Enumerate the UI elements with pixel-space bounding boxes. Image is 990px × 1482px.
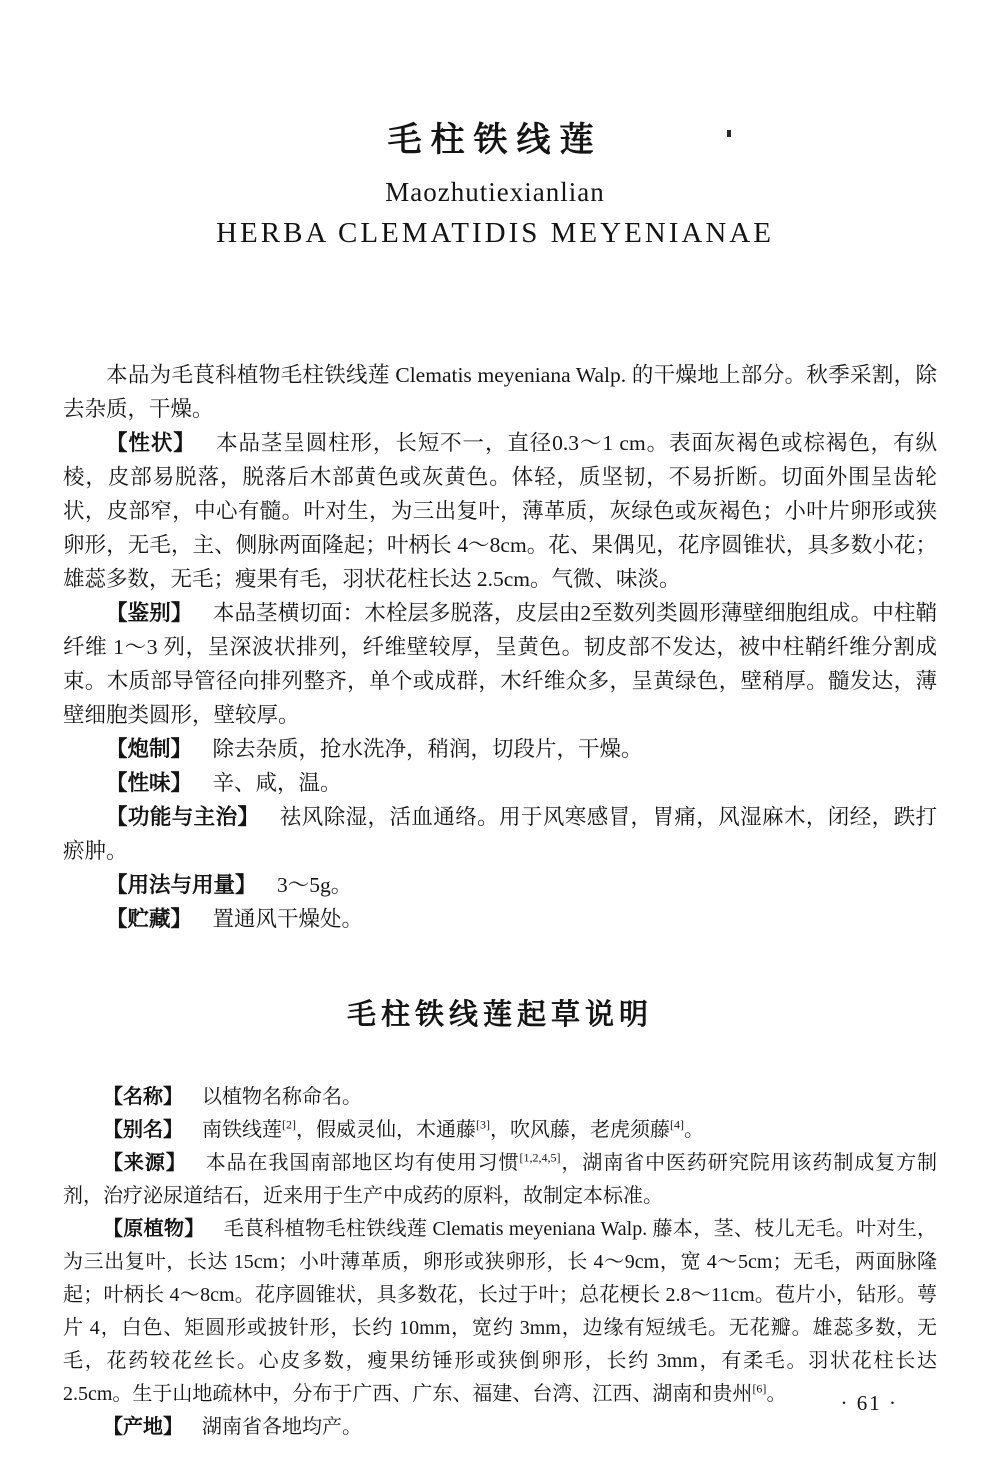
page-content: 本品为毛茛科植物毛柱铁线莲 Clematis meyeniana Walp. 的… [0, 358, 990, 1444]
entry-text: 毛茛科植物毛柱铁线莲 Clematis meyeniana Walp. 藤本，茎… [63, 1218, 937, 1405]
entry-paragraph: 【用法与用量】3～5g。 [63, 868, 937, 902]
entry-paragraph: 【性味】辛、咸，温。 [63, 766, 937, 800]
reference-superscript: [6] [752, 1381, 766, 1395]
page-title-chinese: 毛柱铁线莲 [0, 0, 990, 161]
entry-label: 【功能与主治】 [106, 805, 259, 829]
entry-paragraph: 【别名】南铁线莲[2]，假威灵仙，木通藤[3]，吹风藤，老虎须藤[4]。 [63, 1114, 937, 1147]
entry-label: 【名称】 [103, 1086, 183, 1108]
reference-superscript: [4] [670, 1117, 684, 1131]
drafting-notes-heading: 毛柱铁线莲起草说明 [63, 992, 937, 1033]
page-title-pinyin: Maozhutiexianlian [0, 177, 990, 208]
entry-text: 辛、咸，温。 [212, 771, 341, 795]
entry-text: 3～5g。 [277, 873, 352, 897]
scan-speck [727, 130, 731, 137]
entry-label: 【炮制】 [106, 737, 192, 761]
entry-paragraph: 【性状】本品茎呈圆柱形，长短不一，直径0.3～1 cm。表面灰褐色或棕褐色，有纵… [63, 426, 937, 596]
entry-label: 【贮藏】 [106, 907, 192, 931]
page-number: · 61 · [841, 1391, 899, 1416]
entry-text: 置通风干燥处。 [212, 907, 363, 931]
entry-label: 【原植物】 [103, 1218, 205, 1240]
entry-paragraph: 【产地】湖南省各地均产。 [63, 1411, 937, 1444]
entry-text: 南铁线莲[2]，假威灵仙，木通藤[3]，吹风藤，老虎须藤[4]。 [202, 1119, 704, 1141]
entry-text: 除去杂质，抢水洗净，稍润，切段片，干燥。 [212, 737, 642, 761]
drafting-notes-section: 【名称】以植物名称命名。【别名】南铁线莲[2]，假威灵仙，木通藤[3]，吹风藤，… [63, 1081, 937, 1444]
entry-text: 本品在我国南部地区均有使用习惯[1,2,4,5]，湖南省中医药研究院用该药制成复… [63, 1152, 937, 1207]
reference-superscript: [2] [282, 1117, 296, 1131]
entry-text: 湖南省各地均产。 [202, 1416, 362, 1438]
entry-label: 【性状】 [106, 431, 196, 455]
entry-label: 【来源】 [103, 1152, 187, 1174]
entry-paragraph: 【原植物】毛茛科植物毛柱铁线莲 Clematis meyeniana Walp.… [63, 1213, 937, 1411]
entry-label: 【产地】 [103, 1416, 183, 1438]
entry-paragraph: 本品为毛茛科植物毛柱铁线莲 Clematis meyeniana Walp. 的… [63, 358, 937, 426]
monograph-section: 本品为毛茛科植物毛柱铁线莲 Clematis meyeniana Walp. 的… [63, 358, 937, 936]
entry-label: 【鉴别】 [106, 601, 192, 625]
entry-paragraph: 【来源】本品在我国南部地区均有使用习惯[1,2,4,5]，湖南省中医药研究院用该… [63, 1147, 937, 1213]
title-block: 毛柱铁线莲 Maozhutiexianlian HERBA CLEMATIDIS… [0, 0, 990, 250]
entry-label: 【别名】 [103, 1119, 183, 1141]
entry-text: 本品茎呈圆柱形，长短不一，直径0.3～1 cm。表面灰褐色或棕褐色，有纵棱，皮部… [63, 431, 937, 591]
document-page: 毛柱铁线莲 Maozhutiexianlian HERBA CLEMATIDIS… [0, 0, 990, 1482]
entry-paragraph: 【炮制】除去杂质，抢水洗净，稍润，切段片，干燥。 [63, 732, 937, 766]
entry-label: 【用法与用量】 [106, 873, 257, 897]
entry-text: 本品茎横切面：木栓层多脱落，皮层由2至数列类圆形薄壁细胞组成。中柱鞘纤维 1～3… [63, 601, 937, 727]
reference-superscript: [1,2,4,5] [519, 1150, 560, 1164]
entry-text: 本品为毛茛科植物毛柱铁线莲 Clematis meyeniana Walp. 的… [63, 363, 937, 421]
entry-label: 【性味】 [106, 771, 192, 795]
reference-superscript: [3] [476, 1117, 490, 1131]
entry-paragraph: 【贮藏】置通风干燥处。 [63, 902, 937, 936]
entry-paragraph: 【名称】以植物名称命名。 [63, 1081, 937, 1114]
page-title-latin: HERBA CLEMATIDIS MEYENIANAE [0, 217, 990, 250]
entry-paragraph: 【鉴别】本品茎横切面：木栓层多脱落，皮层由2至数列类圆形薄壁细胞组成。中柱鞘纤维… [63, 596, 937, 732]
entry-text: 以植物名称命名。 [202, 1086, 362, 1108]
entry-paragraph: 【功能与主治】祛风除湿，活血通络。用于风寒感冒，胃痛，风湿麻木，闭经，跌打瘀肿。 [63, 800, 937, 868]
